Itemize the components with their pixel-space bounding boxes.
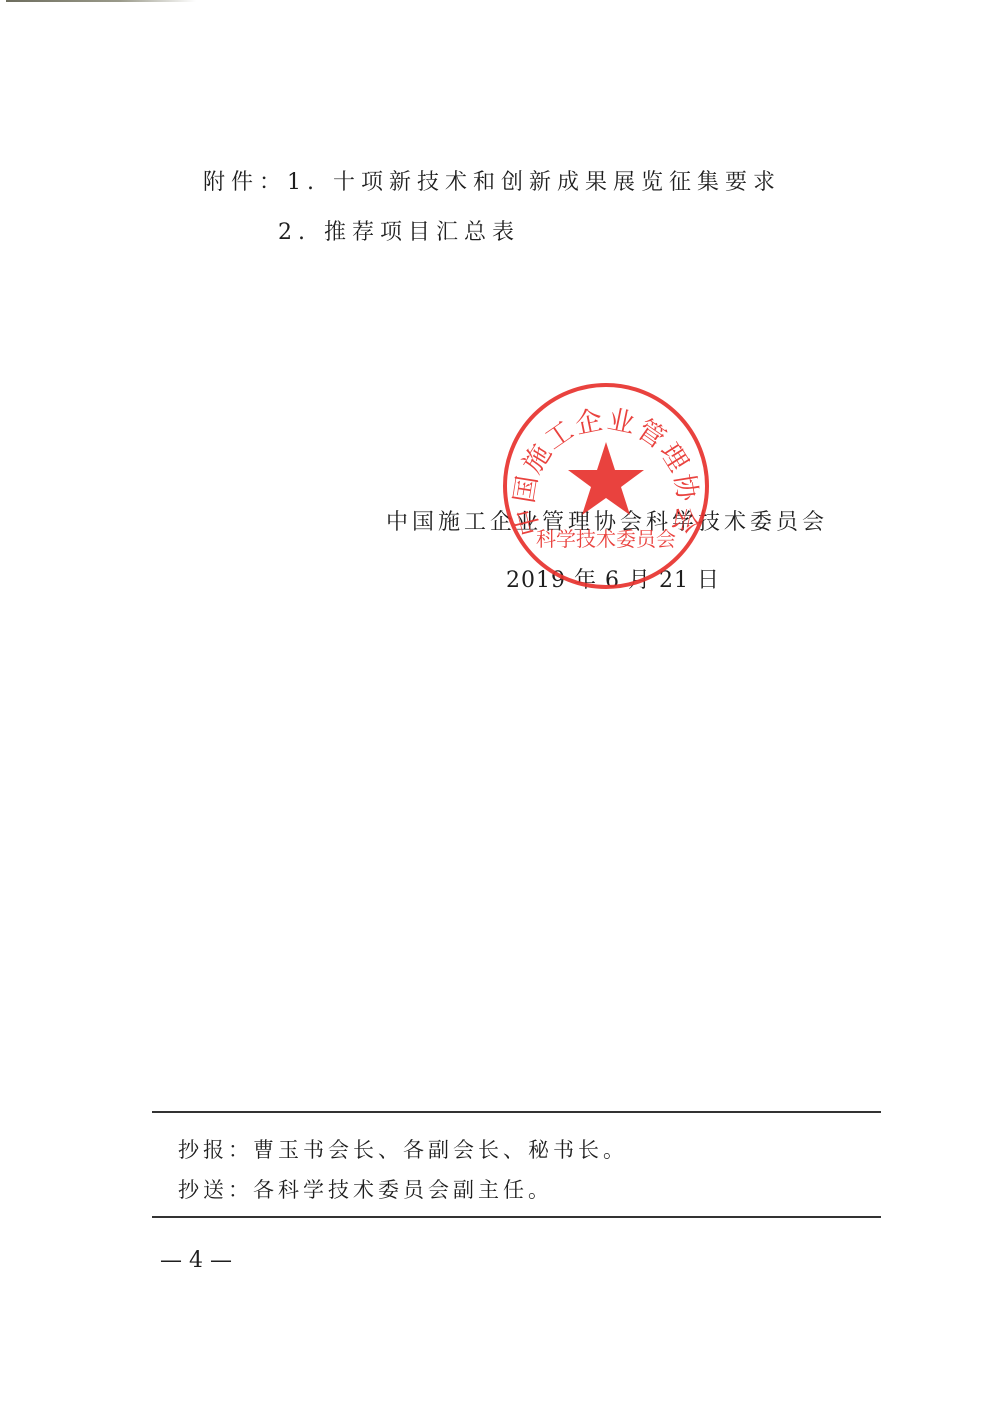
seal-ring — [505, 385, 707, 587]
report-to-label: 抄报： — [178, 1138, 253, 1162]
attachment-row-1: 附件：1. 十项新技术和创新成果展览征集要求 — [203, 158, 781, 208]
copy-to-line: 抄送：各科学技术委员会副主任。 — [178, 1170, 628, 1210]
distribution-block: 抄报：曹玉书会长、各副会长、秘书长。 抄送：各科学技术委员会副主任。 — [178, 1130, 628, 1210]
issuing-organization: 中国施工企业管理协会科学技术委员会 — [386, 505, 828, 536]
copy-to-recipients: 各科学技术委员会副主任。 — [253, 1178, 553, 1202]
divider-top — [152, 1111, 881, 1113]
attachment-item-2: 2. 推荐项目汇总表 — [278, 208, 520, 258]
issue-date: 2019 年 6 月 21 日 — [506, 563, 720, 594]
copy-to-label: 抄送： — [178, 1178, 253, 1202]
attachment-item-1: 1. 十项新技术和创新成果展览征集要求 — [287, 158, 781, 208]
report-to-recipients: 曹玉书会长、各副会长、秘书长。 — [253, 1138, 628, 1162]
page-number: — 4 — — [160, 1248, 232, 1273]
divider-bottom — [152, 1216, 881, 1218]
scan-edge-artifact — [6, 0, 196, 2]
official-seal: 中国施工企业管理协会 科学技术委员会 — [500, 380, 712, 592]
attachments-label: 附件： — [203, 158, 287, 208]
report-to-line: 抄报：曹玉书会长、各副会长、秘书长。 — [178, 1130, 628, 1170]
attachment-row-2: 2. 推荐项目汇总表 — [203, 208, 781, 258]
attachments-section: 附件：1. 十项新技术和创新成果展览征集要求 2. 推荐项目汇总表 — [203, 158, 781, 258]
